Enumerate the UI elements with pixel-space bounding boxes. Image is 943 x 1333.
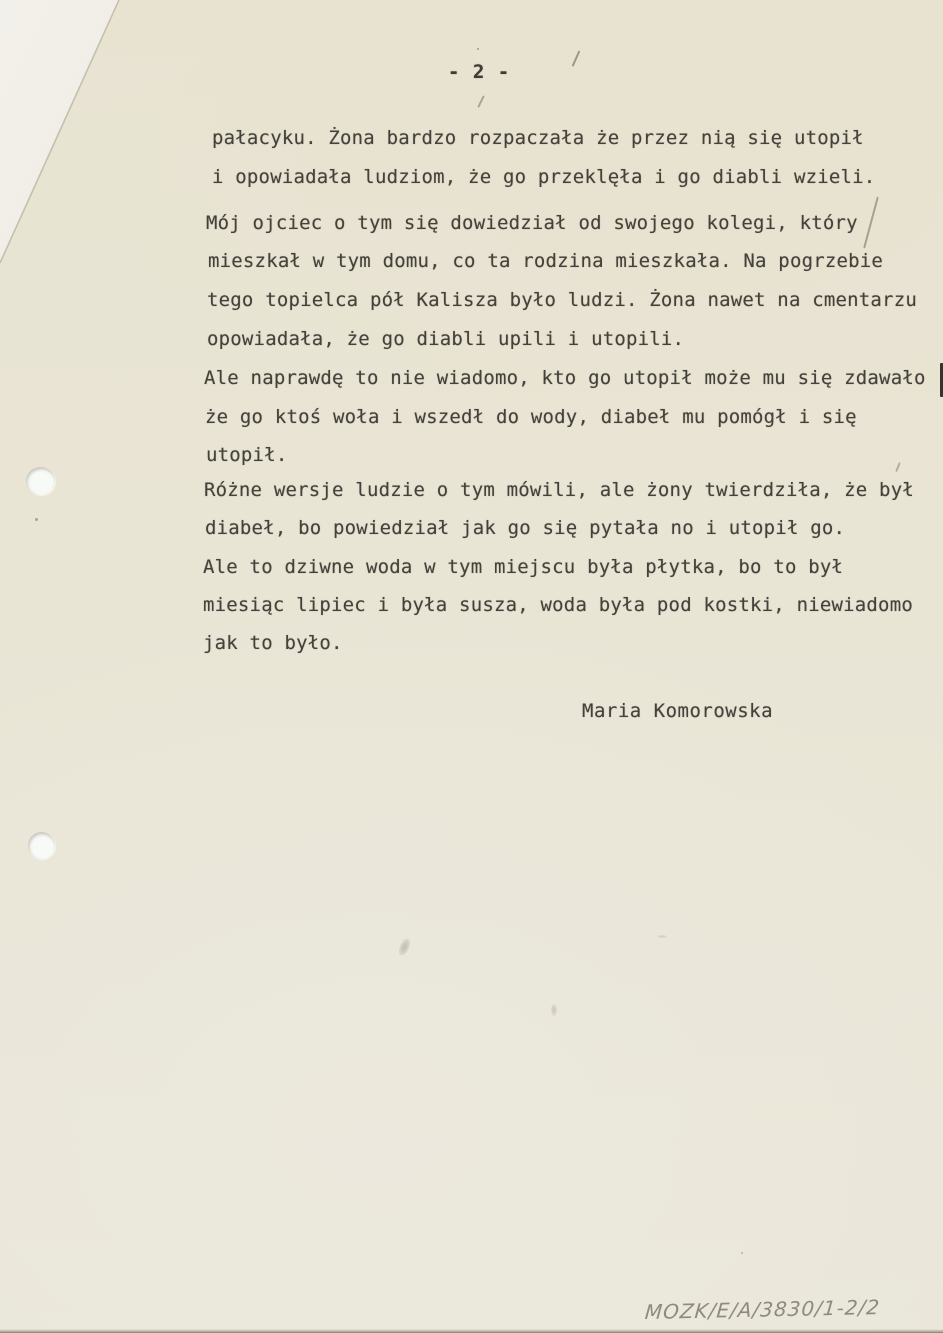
page-number: - 2 -	[448, 61, 510, 83]
typed-line: Ale naprawdę to nie wiadomo, kto go utop…	[204, 366, 926, 390]
fold-crease-line	[0, 0, 943, 1333]
scan-bottom-edge-shadow	[0, 1329, 943, 1333]
typed-line: miesiąc lipiec i była susza, woda była p…	[203, 593, 913, 617]
typed-line: że go ktoś woła i wszedł do wody, diabeł…	[205, 405, 857, 429]
paper-speck	[477, 48, 479, 50]
pencil-slash-mark	[572, 50, 580, 66]
hole-punch-bottom	[28, 832, 55, 859]
paper-smudge	[397, 937, 413, 957]
author-signature: Maria Komorowska	[582, 700, 773, 722]
typed-line: Ale to dziwne woda w tym miejscu była pł…	[203, 555, 843, 579]
typed-line: mieszkał w tym domu, co ta rodzina miesz…	[208, 249, 883, 273]
typed-line: pałacyku. Żona bardzo rozpaczała że prze…	[212, 126, 864, 150]
paper-smudge	[551, 1004, 557, 1016]
hole-punch-top	[26, 467, 55, 495]
paper-speck	[741, 1252, 743, 1254]
typed-line: jak to było.	[203, 631, 343, 655]
scanned-document-page: - 2 - pałacyku. Żona bardzo rozpaczała ż…	[0, 0, 943, 1333]
typed-line: opowiadała, że go diabli upili i utopili…	[207, 327, 684, 351]
pencil-slash-mark	[863, 197, 878, 249]
typed-line: i opowiadała ludziom, że go przeklęła i …	[212, 165, 875, 189]
typed-line: diabeł, bo powiedział jak go się pytała …	[205, 516, 845, 540]
paper-smudge	[657, 935, 667, 938]
typed-line: Różne wersje ludzie o tym mówili, ale żo…	[204, 478, 914, 502]
paper-speck	[35, 518, 38, 521]
folded-corner	[0, 0, 120, 264]
pencil-slash-mark	[477, 95, 484, 107]
typed-line: utopił.	[206, 443, 287, 467]
typed-line: Mój ojciec o tym się dowiedział od swoje…	[206, 211, 858, 235]
archival-code-handwritten: MOZK/E/A/3830/1-2/2	[644, 1295, 881, 1324]
typed-line: tego topielca pół Kalisza było ludzi. Żo…	[207, 288, 917, 312]
pencil-tick-mark	[895, 462, 900, 472]
